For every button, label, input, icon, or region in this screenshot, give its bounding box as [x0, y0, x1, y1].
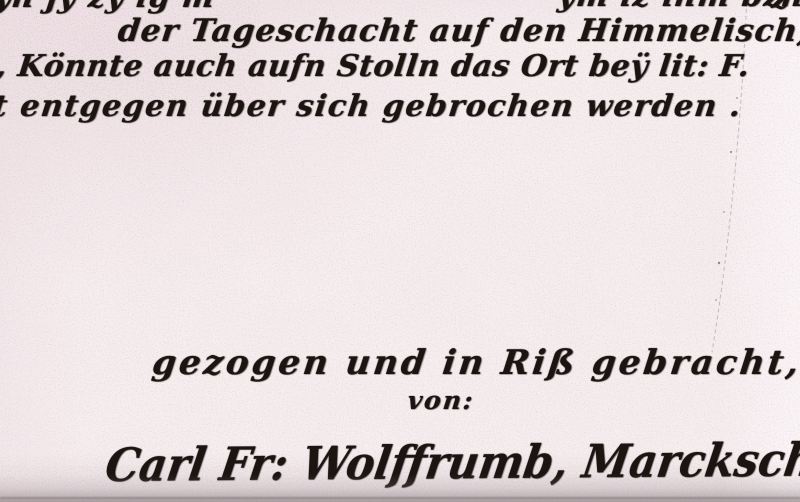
clipped-line-fragment: ym iz ihm bzh	[556, 0, 800, 14]
handwritten-line-von: von:	[406, 386, 476, 415]
manuscript-photo: yh jy zy ig m ym iz ihm bzh z der Tagesc…	[0, 0, 800, 502]
handwritten-line-3: t entgegen über sich gebrochen werden .	[0, 89, 744, 124]
handwritten-line-2: , Könnte auch aufn Stolln das Ort beÿ li…	[0, 49, 752, 84]
signature-line: Carl Fr: Wolffrumb, Marckschdr	[102, 432, 800, 492]
handwritten-line-1: der Tageschacht auf den Himmelisch,	[116, 13, 800, 49]
handwritten-line-gezogen: gezogen und in Riß gebracht,	[150, 343, 800, 383]
page-bottom-edge-streak	[0, 497, 800, 499]
